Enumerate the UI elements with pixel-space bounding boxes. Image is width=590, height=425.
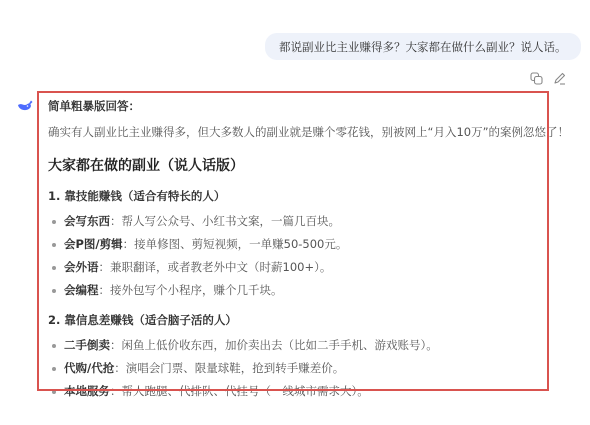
whale-logo-icon [17, 98, 33, 112]
item-key: 本地服务 [64, 384, 110, 398]
assistant-answer: 简单粗暴版回答： 确实有人副业比主业赚得多，但大多数人的副业就是赚个零花钱，别被… [48, 96, 548, 403]
item-key: 会写东西 [64, 214, 110, 228]
item-desc: 接外包写个小程序，赚个几千块。 [110, 283, 283, 297]
bullet-icon [52, 220, 56, 224]
list-item: 本地服务：帮人跑腿、代排队、代挂号（一线城市需求大）。 [48, 380, 548, 403]
item-desc: 接单修图、剪短视频，一单赚50-500元。 [134, 237, 347, 251]
item-key: 会P图/剪辑 [64, 237, 123, 251]
item-desc: 闲鱼上低价收东西，加价卖出去（比如二手手机、游戏账号）。 [122, 338, 438, 352]
list-item: 会写东西：帮人写公众号、小红书文案，一篇几百块。 [48, 210, 548, 233]
message-actions [530, 70, 566, 83]
item-sep: ： [114, 361, 126, 375]
section-list: 二手倒卖：闲鱼上低价收东西，加价卖出去（比如二手手机、游戏账号）。 代购/代抢：… [48, 334, 548, 403]
answer-intro: 确实有人副业比主业赚得多，但大多数人的副业就是赚个零花钱，别被网上“月入10万”… [48, 122, 548, 142]
list-item: 二手倒卖：闲鱼上低价收东西，加价卖出去（比如二手手机、游戏账号）。 [48, 334, 548, 357]
user-message-bubble: 都说副业比主业赚得多？大家都在做什么副业？说人话。 [265, 33, 581, 60]
bullet-icon [52, 390, 56, 394]
chat-page: 都说副业比主业赚得多？大家都在做什么副业？说人话。 简单粗暴版回答： 确实有人副… [0, 0, 590, 425]
bullet-icon [52, 243, 56, 247]
list-item: 会编程：接外包写个小程序，赚个几千块。 [48, 279, 548, 302]
item-sep: ： [123, 237, 135, 251]
list-item: 代购/代抢：演唱会门票、限量球鞋，抢到转手赚差价。 [48, 357, 548, 380]
item-desc: 兼职翻译，或者教老外中文（时薪100+）。 [110, 260, 331, 274]
item-sep: ： [99, 260, 111, 274]
item-desc: 演唱会门票、限量球鞋，抢到转手赚差价。 [126, 361, 345, 375]
item-key: 二手倒卖 [64, 338, 110, 352]
item-sep: ： [110, 214, 122, 228]
list-item: 会外语：兼职翻译，或者教老外中文（时薪100+）。 [48, 256, 548, 279]
bullet-icon [52, 344, 56, 348]
bullet-icon [52, 289, 56, 293]
section-list: 会写东西：帮人写公众号、小红书文案，一篇几百块。 会P图/剪辑：接单修图、剪短视… [48, 210, 548, 302]
answer-title: 简单粗暴版回答： [48, 96, 548, 116]
answer-heading: 大家都在做的副业（说人话版） [48, 154, 548, 178]
item-sep: ： [99, 283, 111, 297]
bullet-icon [52, 266, 56, 270]
item-desc: 帮人写公众号、小红书文案，一篇几百块。 [122, 214, 341, 228]
section-title: 2. 靠信息差赚钱（适合脑子活的人） [48, 310, 548, 330]
list-item: 会P图/剪辑：接单修图、剪短视频，一单赚50-500元。 [48, 233, 548, 256]
section-title: 1. 靠技能赚钱（适合有特长的人） [48, 186, 548, 206]
item-key: 会外语 [64, 260, 99, 274]
item-sep: ： [110, 338, 122, 352]
item-desc: 帮人跑腿、代排队、代挂号（一线城市需求大）。 [122, 384, 369, 398]
item-key: 代购/代抢 [64, 361, 114, 375]
item-key: 会编程 [64, 283, 99, 297]
copy-icon[interactable] [530, 70, 543, 83]
bullet-icon [52, 367, 56, 371]
edit-icon[interactable] [553, 70, 566, 83]
user-message-text: 都说副业比主业赚得多？大家都在做什么副业？说人话。 [279, 39, 567, 55]
item-sep: ： [110, 384, 122, 398]
